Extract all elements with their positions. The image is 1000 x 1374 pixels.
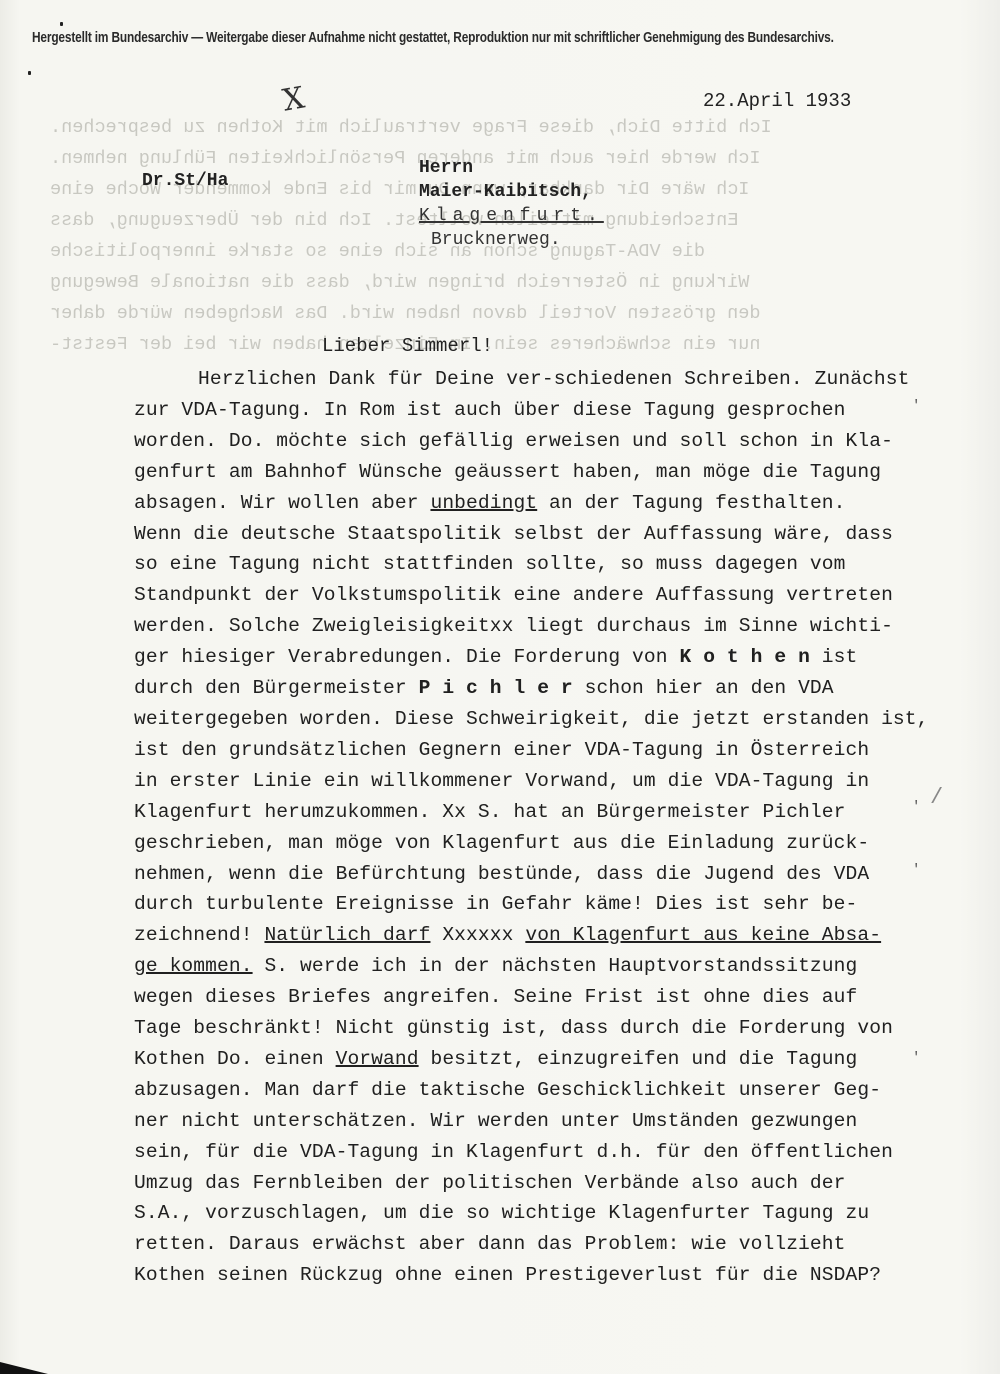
recipient-city: Klagenfurt.: [419, 204, 604, 228]
body-line: weitergegeben worden. Diese Schweirigkei…: [134, 704, 954, 735]
margin-mark: ': [912, 1050, 920, 1066]
letter-date: 22.April 1933: [703, 90, 851, 112]
body-line: geschrieben, man möge von Klagenfurt aus…: [134, 828, 954, 859]
body-line: Kothen seinen Rückzug ohne einen Prestig…: [134, 1260, 954, 1291]
body-line: Klagenfurt herumzukommen. Xx S. hat an B…: [134, 797, 954, 828]
margin-mark: ': [912, 398, 920, 414]
punch-mark: [60, 22, 63, 26]
body-line: durch den Bürgermeister P i c h l e r sc…: [134, 673, 954, 704]
body-line: so eine Tagung nicht stattfinden sollte,…: [134, 549, 954, 580]
body-line: durch turbulente Ereignisse in Gefahr kä…: [134, 889, 954, 920]
body-line: werden. Solche Zweigleisigkeitxx liegt d…: [134, 611, 954, 642]
body-line: S.A., vorzuschlagen, um die so wichtige …: [134, 1198, 954, 1229]
body-line: Kothen Do. einen Vorwand besitzt, einzug…: [134, 1044, 954, 1075]
scan-corner-shadow: [0, 1362, 48, 1374]
document-page: Hergestellt im Bundesarchiv — Weitergabe…: [0, 0, 1000, 1374]
body-line: ger hiesiger Verabredungen. Die Forderun…: [134, 642, 954, 673]
body-line: ge kommen. S. werde ich in der nächsten …: [134, 951, 954, 982]
margin-mark: ': [912, 799, 920, 815]
body-line: Herzlichen Dank für Deine ver-schiedenen…: [134, 364, 954, 395]
body-line: ner nicht unterschätzen. Wir werden unte…: [134, 1106, 954, 1137]
recipient-name: Maier-Kaibitsch,: [419, 180, 604, 204]
body-line: sein, für die VDA-Tagung in Klagenfurt d…: [134, 1137, 954, 1168]
body-line: wegen dieses Briefes angreifen. Seine Fr…: [134, 982, 954, 1013]
punch-mark: [28, 71, 31, 75]
body-line: Wenn die deutsche Staatspolitik selbst d…: [134, 519, 954, 550]
body-line: abzusagen. Man darf die taktische Geschi…: [134, 1075, 954, 1106]
body-line: zur VDA-Tagung. In Rom ist auch über die…: [134, 395, 954, 426]
reference-code: Dr.St/Ha: [142, 171, 228, 191]
body-line: absagen. Wir wollen aber unbedingt an de…: [134, 488, 954, 519]
pencil-stroke-mark: /: [930, 785, 943, 810]
body-line: ist den grundsätzlichen Gegnern einer VD…: [134, 735, 954, 766]
body-line: Standpunkt der Volkstumspolitik eine and…: [134, 580, 954, 611]
body-line: nehmen, wenn die Befürchtung bestünde, d…: [134, 859, 954, 890]
recipient-street: Brucknerweg.: [419, 228, 604, 252]
body-line: Tage beschränkt! Nicht günstig ist, dass…: [134, 1013, 954, 1044]
body-line: genfurt am Bahnhof Wünsche geäussert hab…: [134, 457, 954, 488]
recipient-salutation: Herrn: [419, 156, 604, 180]
letter-body: Herzlichen Dank für Deine ver-schiedenen…: [134, 364, 954, 1291]
body-line: in erster Linie ein willkommener Vorwand…: [134, 766, 954, 797]
body-line: retten. Daraus erwächst aber dann das Pr…: [134, 1229, 954, 1260]
body-line: Umzug das Fernbleiben der politischen Ve…: [134, 1168, 954, 1199]
recipient-address: Herrn Maier-Kaibitsch, Klagenfurt. Bruck…: [419, 156, 604, 252]
archive-stamp: Hergestellt im Bundesarchiv — Weitergabe…: [32, 30, 834, 46]
greeting: Lieber Simmerl!: [322, 335, 493, 357]
margin-mark: ': [912, 862, 920, 878]
body-line: worden. Do. möchte sich gefällig erweise…: [134, 426, 954, 457]
body-line: zeichnend! Natürlich darf Xxxxxx von Kla…: [134, 920, 954, 951]
